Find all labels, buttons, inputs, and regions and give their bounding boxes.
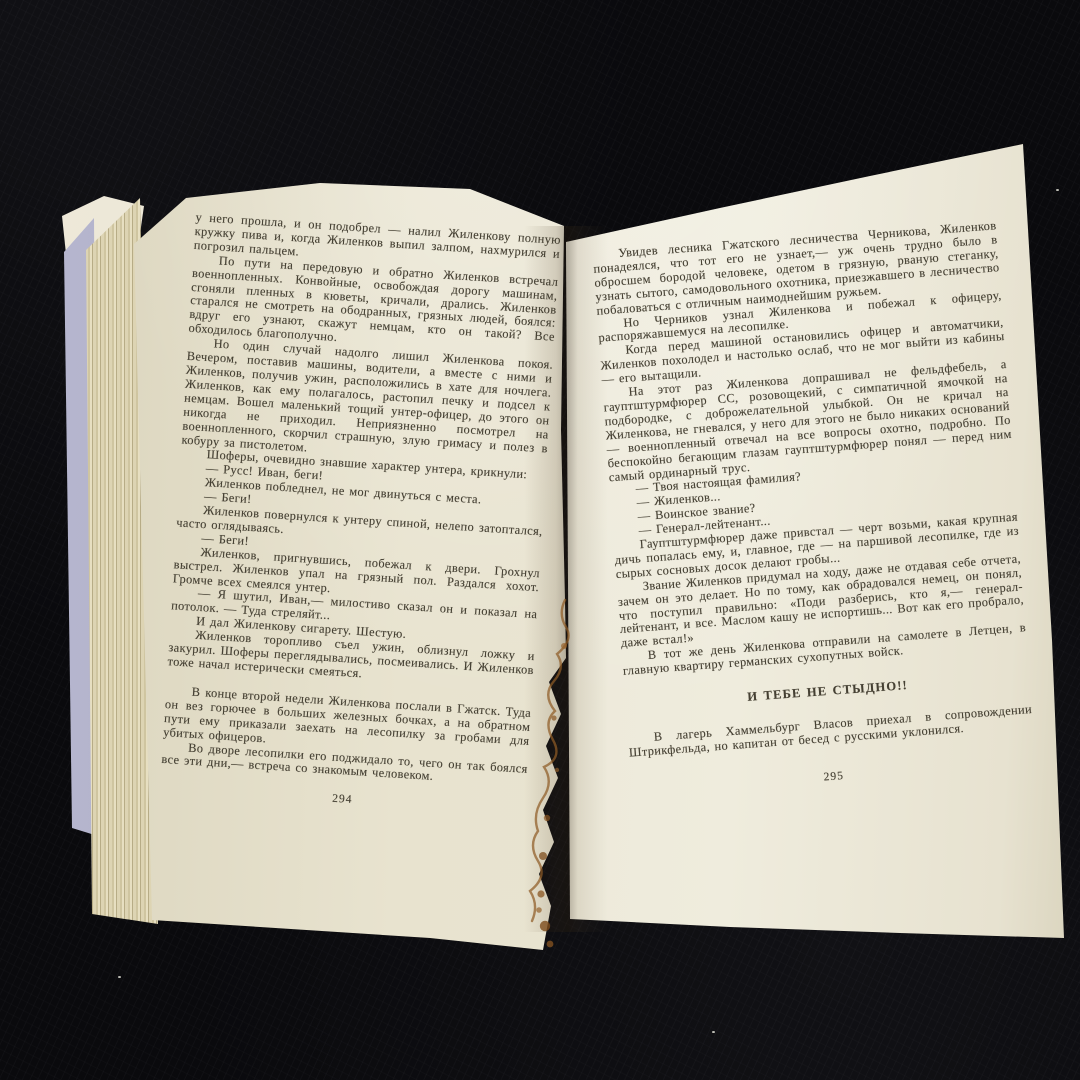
paragraph: В лагерь Хаммельбург Власов приехал в со…: [628, 703, 1034, 760]
photo-of-open-book: у него прошла, и он подобрел — налил Жил…: [0, 0, 1080, 1080]
dust-speck: [1056, 189, 1059, 191]
left-page-text-column: у него прошла, и он подобрел — налил Жил…: [159, 211, 561, 818]
dust-speck: [712, 1031, 715, 1033]
right-page-text-column: Увидев лесника Гжатского лесничества Чер…: [592, 219, 1036, 798]
dust-speck: [118, 976, 121, 978]
tear-and-stain: [516, 290, 596, 970]
